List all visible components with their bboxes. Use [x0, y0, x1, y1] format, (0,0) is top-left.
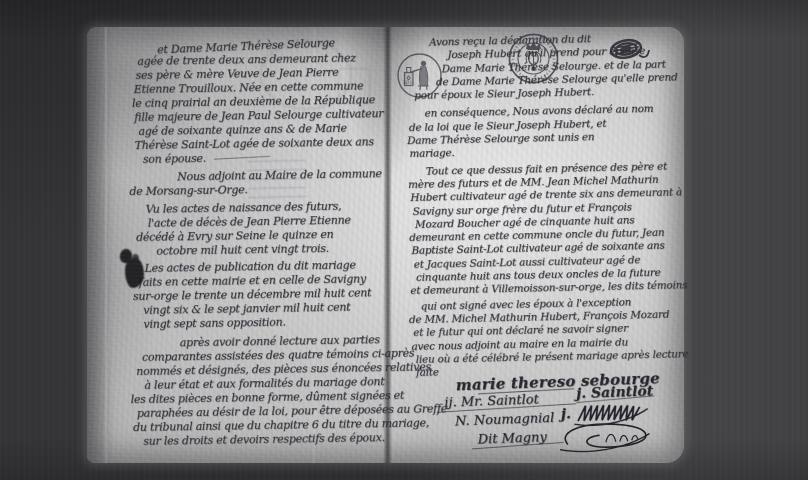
signature-witness: N. Noumagnial: [455, 411, 555, 429]
manuscript-line: de Morsang-sur-Orge.: [129, 181, 387, 199]
right-page-text: Avons reçu la déclaration du dit Joseph …: [407, 31, 680, 380]
signature-witness: Dit Magny: [477, 430, 547, 447]
manuscript-line: octobre mil huit cent vingt trois.: [156, 241, 388, 259]
paraph-flourish-icon: [555, 415, 656, 458]
manuscript-line: son épouse.: [143, 149, 387, 167]
document-paper: et Dame Marie Thérèse Selourge agée de t…: [87, 27, 684, 463]
fold-line: [105, 27, 107, 463]
scanned-register-image: et Dame Marie Thérèse Selourge agée de t…: [0, 0, 808, 480]
left-page-text: et Dame Marie Thérèse Selourge agée de t…: [131, 37, 391, 449]
signatures-block: marie thereso sebourge ij. Mr. Saintlot …: [415, 368, 686, 469]
manuscript-line: vingt sept sans opposition.: [143, 314, 389, 332]
signature-witness: ij. Mr. Saintlot: [444, 392, 539, 410]
